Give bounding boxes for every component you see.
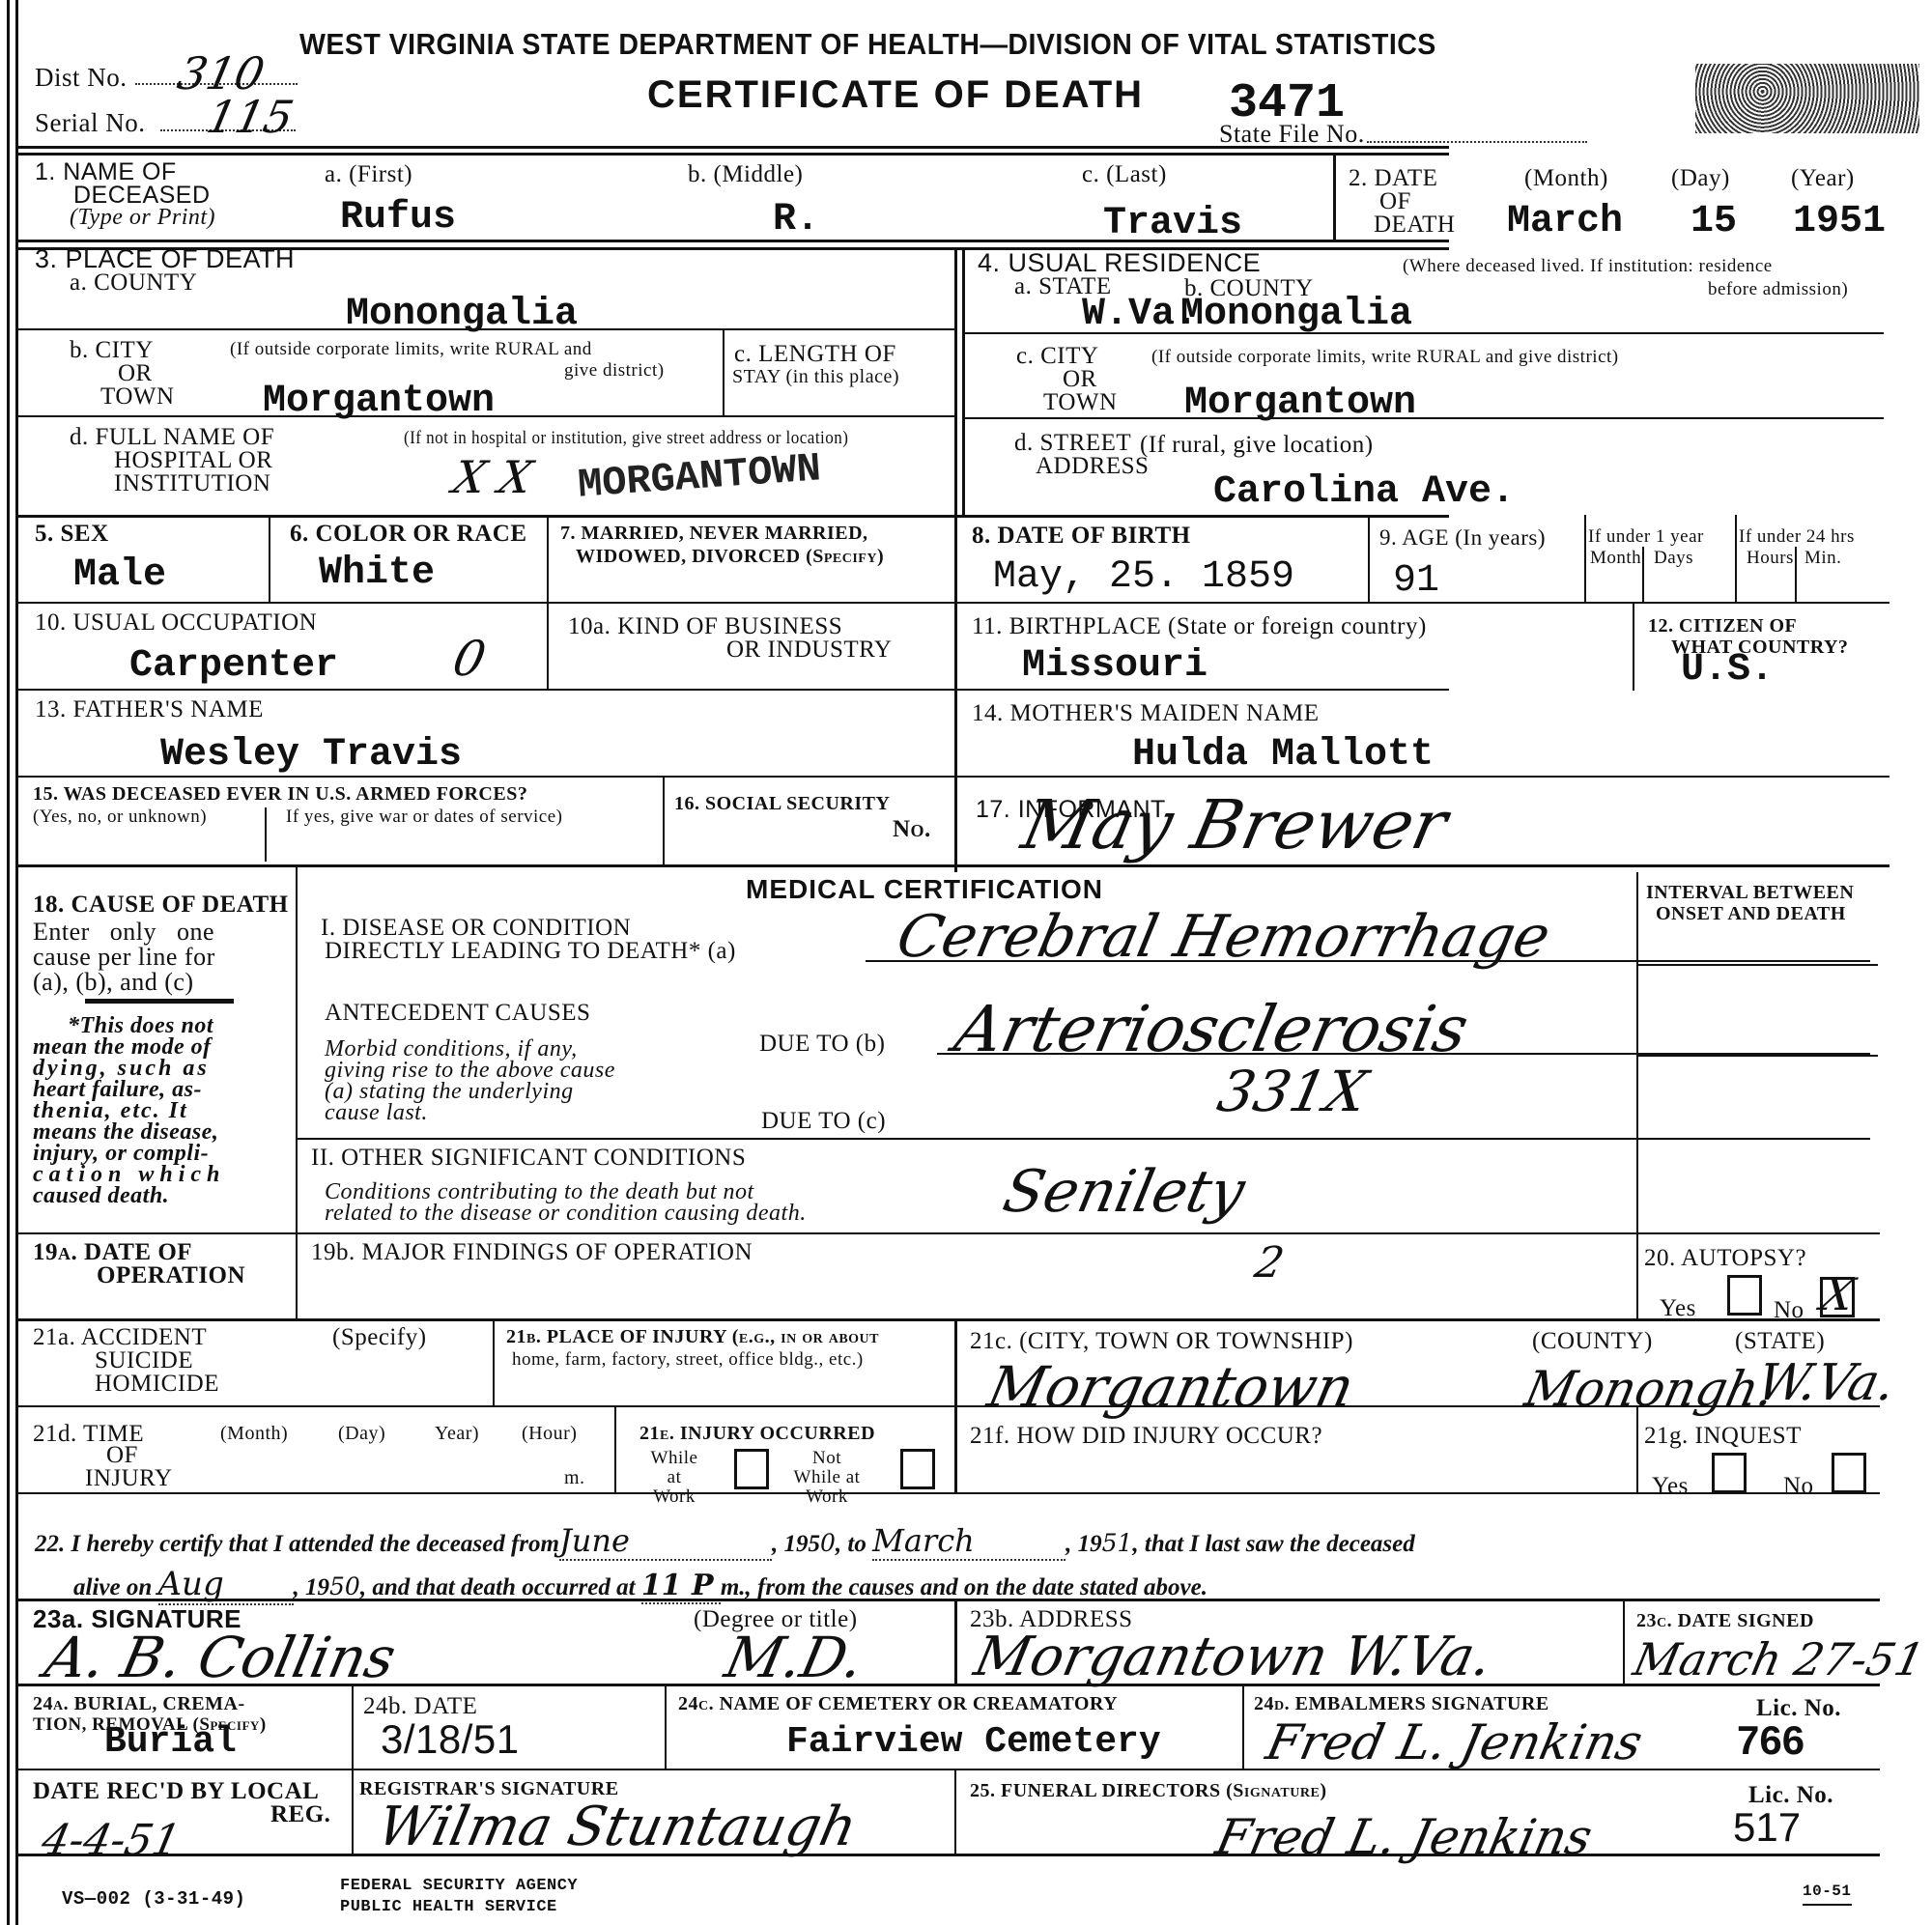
cert-text: m., from the causes and on the date stat… xyxy=(721,1574,1207,1600)
first-name-value: Rufus xyxy=(340,199,456,238)
marital-label-2: WIDOWED, DIVORCED (Specify) xyxy=(576,547,884,567)
injury-location-label: 21c. (CITY, TOWN OR TOWNSHIP) xyxy=(970,1329,1353,1353)
while-at-work-checkbox[interactable] xyxy=(734,1449,769,1489)
divider xyxy=(1735,515,1737,604)
divider xyxy=(1636,872,1638,1318)
embalmer-label: 24d. EMBALMERS SIGNATURE xyxy=(1254,1694,1549,1714)
injury-place-label-1: 21b. PLACE OF INJURY (e.g., in or about xyxy=(506,1327,879,1347)
inquest-yes-checkbox[interactable] xyxy=(1712,1453,1747,1493)
injury-time-label-3: INJURY xyxy=(85,1466,173,1490)
rule xyxy=(15,415,954,417)
armed-forces-hint-1: (Yes, no, or unknown) xyxy=(33,807,207,827)
hospital-mark: X X xyxy=(448,452,536,502)
serial-no-label: Serial No. xyxy=(35,111,145,135)
divider xyxy=(1636,1405,1638,1492)
rule xyxy=(85,999,234,1004)
birthplace-value: Missouri xyxy=(1022,647,1207,686)
burial-method-label-1: 24a. BURIAL, CREMA- xyxy=(33,1694,245,1714)
residence-county-value: Monongalia xyxy=(1180,296,1412,334)
cemetery-value: Fairview Cemetery xyxy=(786,1723,1161,1762)
inquest-label: 21g. INQUEST xyxy=(1644,1424,1802,1448)
days-label: Days xyxy=(1654,549,1693,568)
dod-label-3: DEATH xyxy=(1374,212,1455,237)
injury-type-label-3: HOMICIDE xyxy=(95,1372,219,1396)
death-city-label-2: OR xyxy=(118,361,153,385)
street-label-2: ADDRESS xyxy=(1036,454,1149,478)
header-rule-1 xyxy=(15,146,1449,149)
burial-method-value: Burial xyxy=(104,1723,237,1762)
dist-no-label: Dist No. xyxy=(35,66,128,90)
cemetery-label: 24c. NAME OF CEMETERY OR CREAMATORY xyxy=(678,1694,1118,1714)
cert-from-month: June xyxy=(559,1522,772,1561)
embalmer-lic-value: 766 xyxy=(1737,1721,1804,1760)
divider xyxy=(663,776,665,864)
operation-date-label-1: 19a. DATE OF xyxy=(33,1240,192,1264)
address-value: Morgantown W.Va. xyxy=(970,1632,1495,1683)
father-label: 13. FATHER'S NAME xyxy=(35,697,264,722)
divider xyxy=(954,1599,957,1684)
cause-b-value: Arteriosclerosis xyxy=(951,1005,1471,1055)
cause-of-death-label: 18. CAUSE OF DEATH xyxy=(33,892,289,917)
cause-c-value: 331X xyxy=(1213,1066,1371,1117)
how-injury-label: 21f. HOW DID INJURY OCCUR? xyxy=(970,1424,1322,1448)
interval-label-2: ONSET AND DEATH xyxy=(1656,904,1846,924)
rule xyxy=(15,1854,1880,1856)
dod-month-value: March xyxy=(1507,203,1623,241)
street-hint: (If rural, give location) xyxy=(1140,433,1374,457)
cert-text: , to xyxy=(836,1531,867,1557)
rule xyxy=(15,602,1889,604)
street-label-1: d. STREET xyxy=(1014,431,1131,455)
injury-occurred-label: 21e. INJURY OCCURRED xyxy=(639,1424,875,1444)
stay-label-2: STAY (in this place) xyxy=(732,367,899,387)
injury-type-specify: (Specify) xyxy=(332,1325,427,1349)
ssn-label-2: No. xyxy=(893,817,931,841)
injury-m-label: m. xyxy=(564,1468,585,1488)
divider xyxy=(1368,515,1370,604)
autopsy-yes-label: Yes xyxy=(1660,1296,1696,1320)
dob-value: May, 25. 1859 xyxy=(993,558,1294,597)
divider xyxy=(296,864,298,1318)
interval-label-1: INTERVAL BETWEEN xyxy=(1646,883,1854,903)
hospital-stamp: MORGANTOWN xyxy=(577,449,822,504)
cert-last-seen-year: 50 xyxy=(329,1572,360,1600)
rule xyxy=(15,1599,1880,1601)
injury-day-label: (Day) xyxy=(338,1424,385,1444)
dod-label-1: 2. DATE xyxy=(1349,166,1437,190)
rule xyxy=(15,240,1449,242)
under-24-hrs-label: If under 24 hrs xyxy=(1739,527,1855,547)
date-recd-label-2: REG. xyxy=(270,1802,330,1826)
agency-heading: WEST VIRGINIA STATE DEPARTMENT OF HEALTH… xyxy=(299,27,1436,62)
divider xyxy=(1642,547,1644,603)
autopsy-yes-checkbox[interactable] xyxy=(1727,1275,1762,1316)
street-value: Carolina Ave. xyxy=(1213,473,1515,512)
rule xyxy=(15,1405,1880,1407)
divider xyxy=(1633,602,1634,691)
other-conditions-label: II. OTHER SIGNIFICANT CONDITIONS xyxy=(311,1146,746,1170)
rule xyxy=(15,776,1889,778)
footnote-9: caused death. xyxy=(33,1184,169,1207)
rule xyxy=(15,328,954,330)
footer-stamp: 10-51 xyxy=(1803,1880,1852,1906)
divider xyxy=(1584,515,1586,604)
cause-c-line xyxy=(296,1138,1870,1140)
injury-hour-label: (Hour) xyxy=(522,1424,577,1444)
divider xyxy=(954,247,957,516)
medical-section-title: MEDICAL CERTIFICATION xyxy=(746,877,1103,901)
operation-mark: 2 xyxy=(1250,1238,1288,1288)
rule xyxy=(15,1318,1880,1321)
cert-text: alive on xyxy=(73,1574,152,1600)
dod-day-label: (Day) xyxy=(1671,166,1730,190)
cause-instruction-2: cause per line for xyxy=(33,945,215,969)
dod-day-value: 15 xyxy=(1690,203,1737,241)
cert-text: , 19 xyxy=(294,1574,330,1600)
left-border-outer xyxy=(7,0,10,1925)
hospital-label-2: HOSPITAL OR xyxy=(114,448,272,472)
rule xyxy=(1636,964,1878,966)
other-conditions-value: Senilety xyxy=(999,1167,1248,1217)
race-label: 6. COLOR OR RACE xyxy=(290,522,527,546)
hospital-label-3: INSTITUTION xyxy=(114,471,270,495)
due-to-c-label: DUE TO (c) xyxy=(761,1109,886,1133)
ssn-label-1: 16. SOCIAL SECURITY xyxy=(674,794,890,814)
state-file-no-value: 3471 xyxy=(1229,85,1345,124)
degree-value: M.D. xyxy=(721,1632,867,1683)
residence-hint-1: (Where deceased lived. If institution: r… xyxy=(1403,257,1773,276)
dod-month-label: (Month) xyxy=(1524,166,1608,190)
disease-label-2: DIRECTLY LEADING TO DEATH* (a) xyxy=(325,939,736,963)
informant-signature: May Brewer xyxy=(1018,800,1450,850)
injury-state-value: W.Va. xyxy=(1752,1358,1899,1408)
last-name-value: Travis xyxy=(1103,205,1242,243)
other-conditions-hint-2: related to the disease or condition caus… xyxy=(325,1202,807,1225)
funeral-director-label: 25. FUNERAL DIRECTORS (Signature) xyxy=(970,1781,1326,1801)
divider xyxy=(1623,1599,1625,1684)
page-title: CERTIFICATE OF DEATH xyxy=(647,73,1144,117)
first-name-label: a. (First) xyxy=(325,162,412,186)
injury-type-label-1: 21a. ACCIDENT xyxy=(33,1325,207,1349)
injury-type-label-2: SUICIDE xyxy=(95,1348,193,1373)
death-city-hint-1: (If outside corporate limits, write RURA… xyxy=(230,340,592,359)
rule xyxy=(15,1684,1880,1686)
age-value: 91 xyxy=(1393,562,1439,601)
business-label-1: 10a. KIND OF BUSINESS xyxy=(568,614,842,638)
cause-instruction-1: Enter only one xyxy=(33,920,214,944)
antecedent-hint-4: cause last. xyxy=(325,1101,428,1124)
citizen-value: U.S. xyxy=(1681,651,1774,690)
redaction-stamp xyxy=(1695,64,1919,133)
hospital-hint: (If not in hospital or institution, give… xyxy=(404,429,848,448)
occupation-value: Carpenter xyxy=(129,647,338,686)
injury-county-label: (COUNTY) xyxy=(1532,1329,1653,1353)
sex-value: Male xyxy=(73,556,166,595)
divider xyxy=(665,1684,667,1769)
inquest-yes-label: Yes xyxy=(1652,1474,1689,1498)
occupation-mark: 0 xyxy=(448,634,490,684)
name-hint: (Type or Print) xyxy=(70,206,215,230)
header-rule-2 xyxy=(15,153,1449,156)
residence-hint-2: before admission) xyxy=(1708,280,1848,299)
rule xyxy=(962,417,1884,419)
cert-to-month: March xyxy=(872,1522,1065,1561)
armed-forces-hint-2: If yes, give war or dates of service) xyxy=(286,807,563,827)
cause-instruction-3: (a), (b), and (c) xyxy=(33,970,194,994)
armed-forces-label: 15. WAS DECEASED EVER IN U.S. ARMED FORC… xyxy=(33,784,527,805)
race-value: White xyxy=(319,554,435,593)
rule xyxy=(962,332,1884,334)
embalmer-signature: Fred L. Jenkins xyxy=(1262,1717,1646,1768)
burial-date-value: 3/18/51 xyxy=(381,1719,520,1760)
under-1-year-label: If under 1 year xyxy=(1588,527,1704,547)
date-signed-label: 23c. DATE SIGNED xyxy=(1636,1611,1814,1631)
age-label: 9. AGE (In years) xyxy=(1379,525,1546,550)
rule xyxy=(15,1769,1880,1770)
dod-year-value: 1951 xyxy=(1793,203,1886,241)
not-while-at-work-checkbox[interactable] xyxy=(900,1449,935,1489)
cert-text: , 19 xyxy=(1065,1531,1102,1557)
left-border-inner xyxy=(15,0,18,1925)
occupation-label: 10. USUAL OCCUPATION xyxy=(35,610,317,635)
residence-city-label-3: TOWN xyxy=(1043,390,1118,414)
middle-name-label: b. (Middle) xyxy=(688,162,803,186)
months-label: Month xyxy=(1590,549,1641,568)
inquest-no-checkbox[interactable] xyxy=(1832,1453,1866,1493)
rule xyxy=(15,1232,1880,1234)
divider xyxy=(614,1405,616,1492)
rule xyxy=(15,689,1449,691)
due-to-b-label: DUE TO (b) xyxy=(759,1032,885,1056)
divider xyxy=(493,1318,495,1405)
state-file-no-line xyxy=(1367,141,1587,143)
stay-label-1: c. LENGTH OF xyxy=(734,342,896,366)
date-recd-value: 4-4-51 xyxy=(37,1816,185,1866)
while-at-work-label: While at Work xyxy=(645,1449,703,1507)
funeral-lic-value: 517 xyxy=(1733,1808,1801,1847)
not-while-at-work-label: Not While at Work xyxy=(788,1449,866,1507)
residence-city-hint: (If outside corporate limits, write RURA… xyxy=(1151,348,1619,367)
birthplace-label: 11. BIRTHPLACE (State or foreign country… xyxy=(972,614,1427,638)
date-recd-label-1: DATE REC'D BY LOCAL xyxy=(33,1779,319,1803)
death-city-hint-2: give district) xyxy=(564,361,665,381)
injury-state-label: (STATE) xyxy=(1735,1329,1825,1353)
father-value: Wesley Travis xyxy=(160,736,462,775)
dod-year-label: (Year) xyxy=(1791,166,1855,190)
mother-label: 14. MOTHER'S MAIDEN NAME xyxy=(972,701,1320,725)
registrar-signature: Wilma Stuntaugh xyxy=(373,1802,861,1853)
cert-text: , and that death occurred at xyxy=(360,1574,636,1600)
hospital-label-1: d. FULL NAME OF xyxy=(70,425,274,449)
autopsy-label: 20. AUTOPSY? xyxy=(1644,1246,1806,1270)
injury-month-label: (Month) xyxy=(220,1424,288,1444)
residence-city-label-2: OR xyxy=(1063,367,1097,391)
min-label: Min. xyxy=(1804,549,1841,568)
death-city-label-3: TOWN xyxy=(100,384,175,409)
divider xyxy=(1795,547,1797,603)
date-signed-value: March 27-51 xyxy=(1629,1634,1928,1684)
rule xyxy=(15,515,1449,518)
divider xyxy=(1333,153,1336,240)
divider xyxy=(1242,1684,1244,1769)
antecedent-label: ANTECEDENT CAUSES xyxy=(325,1001,590,1025)
injury-place-label-2: home, farm, factory, street, office bldg… xyxy=(512,1350,864,1370)
sex-label: 5. SEX xyxy=(35,522,109,546)
physician-signature: A. B. Collins xyxy=(41,1632,399,1683)
operation-date-label-2: OPERATION xyxy=(97,1263,245,1288)
middle-name-value: R. xyxy=(773,201,819,240)
operation-findings-label: 19b. MAJOR FINDINGS OF OPERATION xyxy=(311,1240,753,1264)
dod-label-2: OF xyxy=(1379,189,1411,213)
mother-value: Hulda Mallott xyxy=(1132,736,1434,775)
last-name-label: c. (Last) xyxy=(1082,162,1167,186)
burial-date-label: 24b. DATE xyxy=(363,1694,477,1718)
business-label-2: OR INDUSTRY xyxy=(726,637,893,662)
divider xyxy=(723,328,724,415)
cert-to-year: 51 xyxy=(1102,1529,1133,1557)
residence-label: 4. USUAL RESIDENCE xyxy=(978,251,1261,275)
residence-city-label-1: c. CITY xyxy=(1016,344,1098,368)
cert-from-year: 0 xyxy=(820,1529,836,1557)
cert-text: 22. I hereby certify that I attended the… xyxy=(35,1531,559,1557)
cause-a-line xyxy=(866,960,1870,962)
death-city-label-1: b. CITY xyxy=(70,338,154,362)
cert-text: , 195 xyxy=(772,1531,820,1557)
footer-agency-2: PUBLIC HEALTH SERVICE xyxy=(340,1895,557,1919)
cert-text: , that I last saw the deceased xyxy=(1132,1531,1414,1557)
divider xyxy=(269,515,270,602)
certification-line-1: 22. I hereby certify that I attended the… xyxy=(35,1522,1415,1561)
divider xyxy=(954,515,957,872)
serial-no-value: 115 xyxy=(202,92,298,142)
divider xyxy=(265,807,267,862)
state-file-no-label: State File No. xyxy=(1219,122,1365,146)
rule xyxy=(1636,1055,1878,1057)
form-number: VS—002 (3-31-49) xyxy=(62,1887,245,1911)
disease-label-1: I. DISEASE OR CONDITION xyxy=(321,916,631,940)
divider xyxy=(954,1769,956,1854)
injury-year-label: Year) xyxy=(435,1424,479,1444)
inquest-no-label: No xyxy=(1783,1474,1814,1498)
rule xyxy=(15,1492,1880,1494)
place-of-death-label: 3. PLACE OF DEATH xyxy=(35,247,295,271)
death-county-label: a. COUNTY xyxy=(70,270,197,295)
cause-a-value: Cerebral Hemorrhage xyxy=(893,912,1553,962)
marital-label-1: 7. MARRIED, NEVER MARRIED, xyxy=(560,524,868,544)
hours-label: Hours xyxy=(1747,549,1794,568)
dob-label: 8. DATE OF BIRTH xyxy=(972,524,1191,548)
injury-time-label-2: OF xyxy=(106,1443,138,1467)
divider xyxy=(962,247,965,516)
citizen-label-1: 12. CITIZEN OF xyxy=(1648,616,1797,637)
